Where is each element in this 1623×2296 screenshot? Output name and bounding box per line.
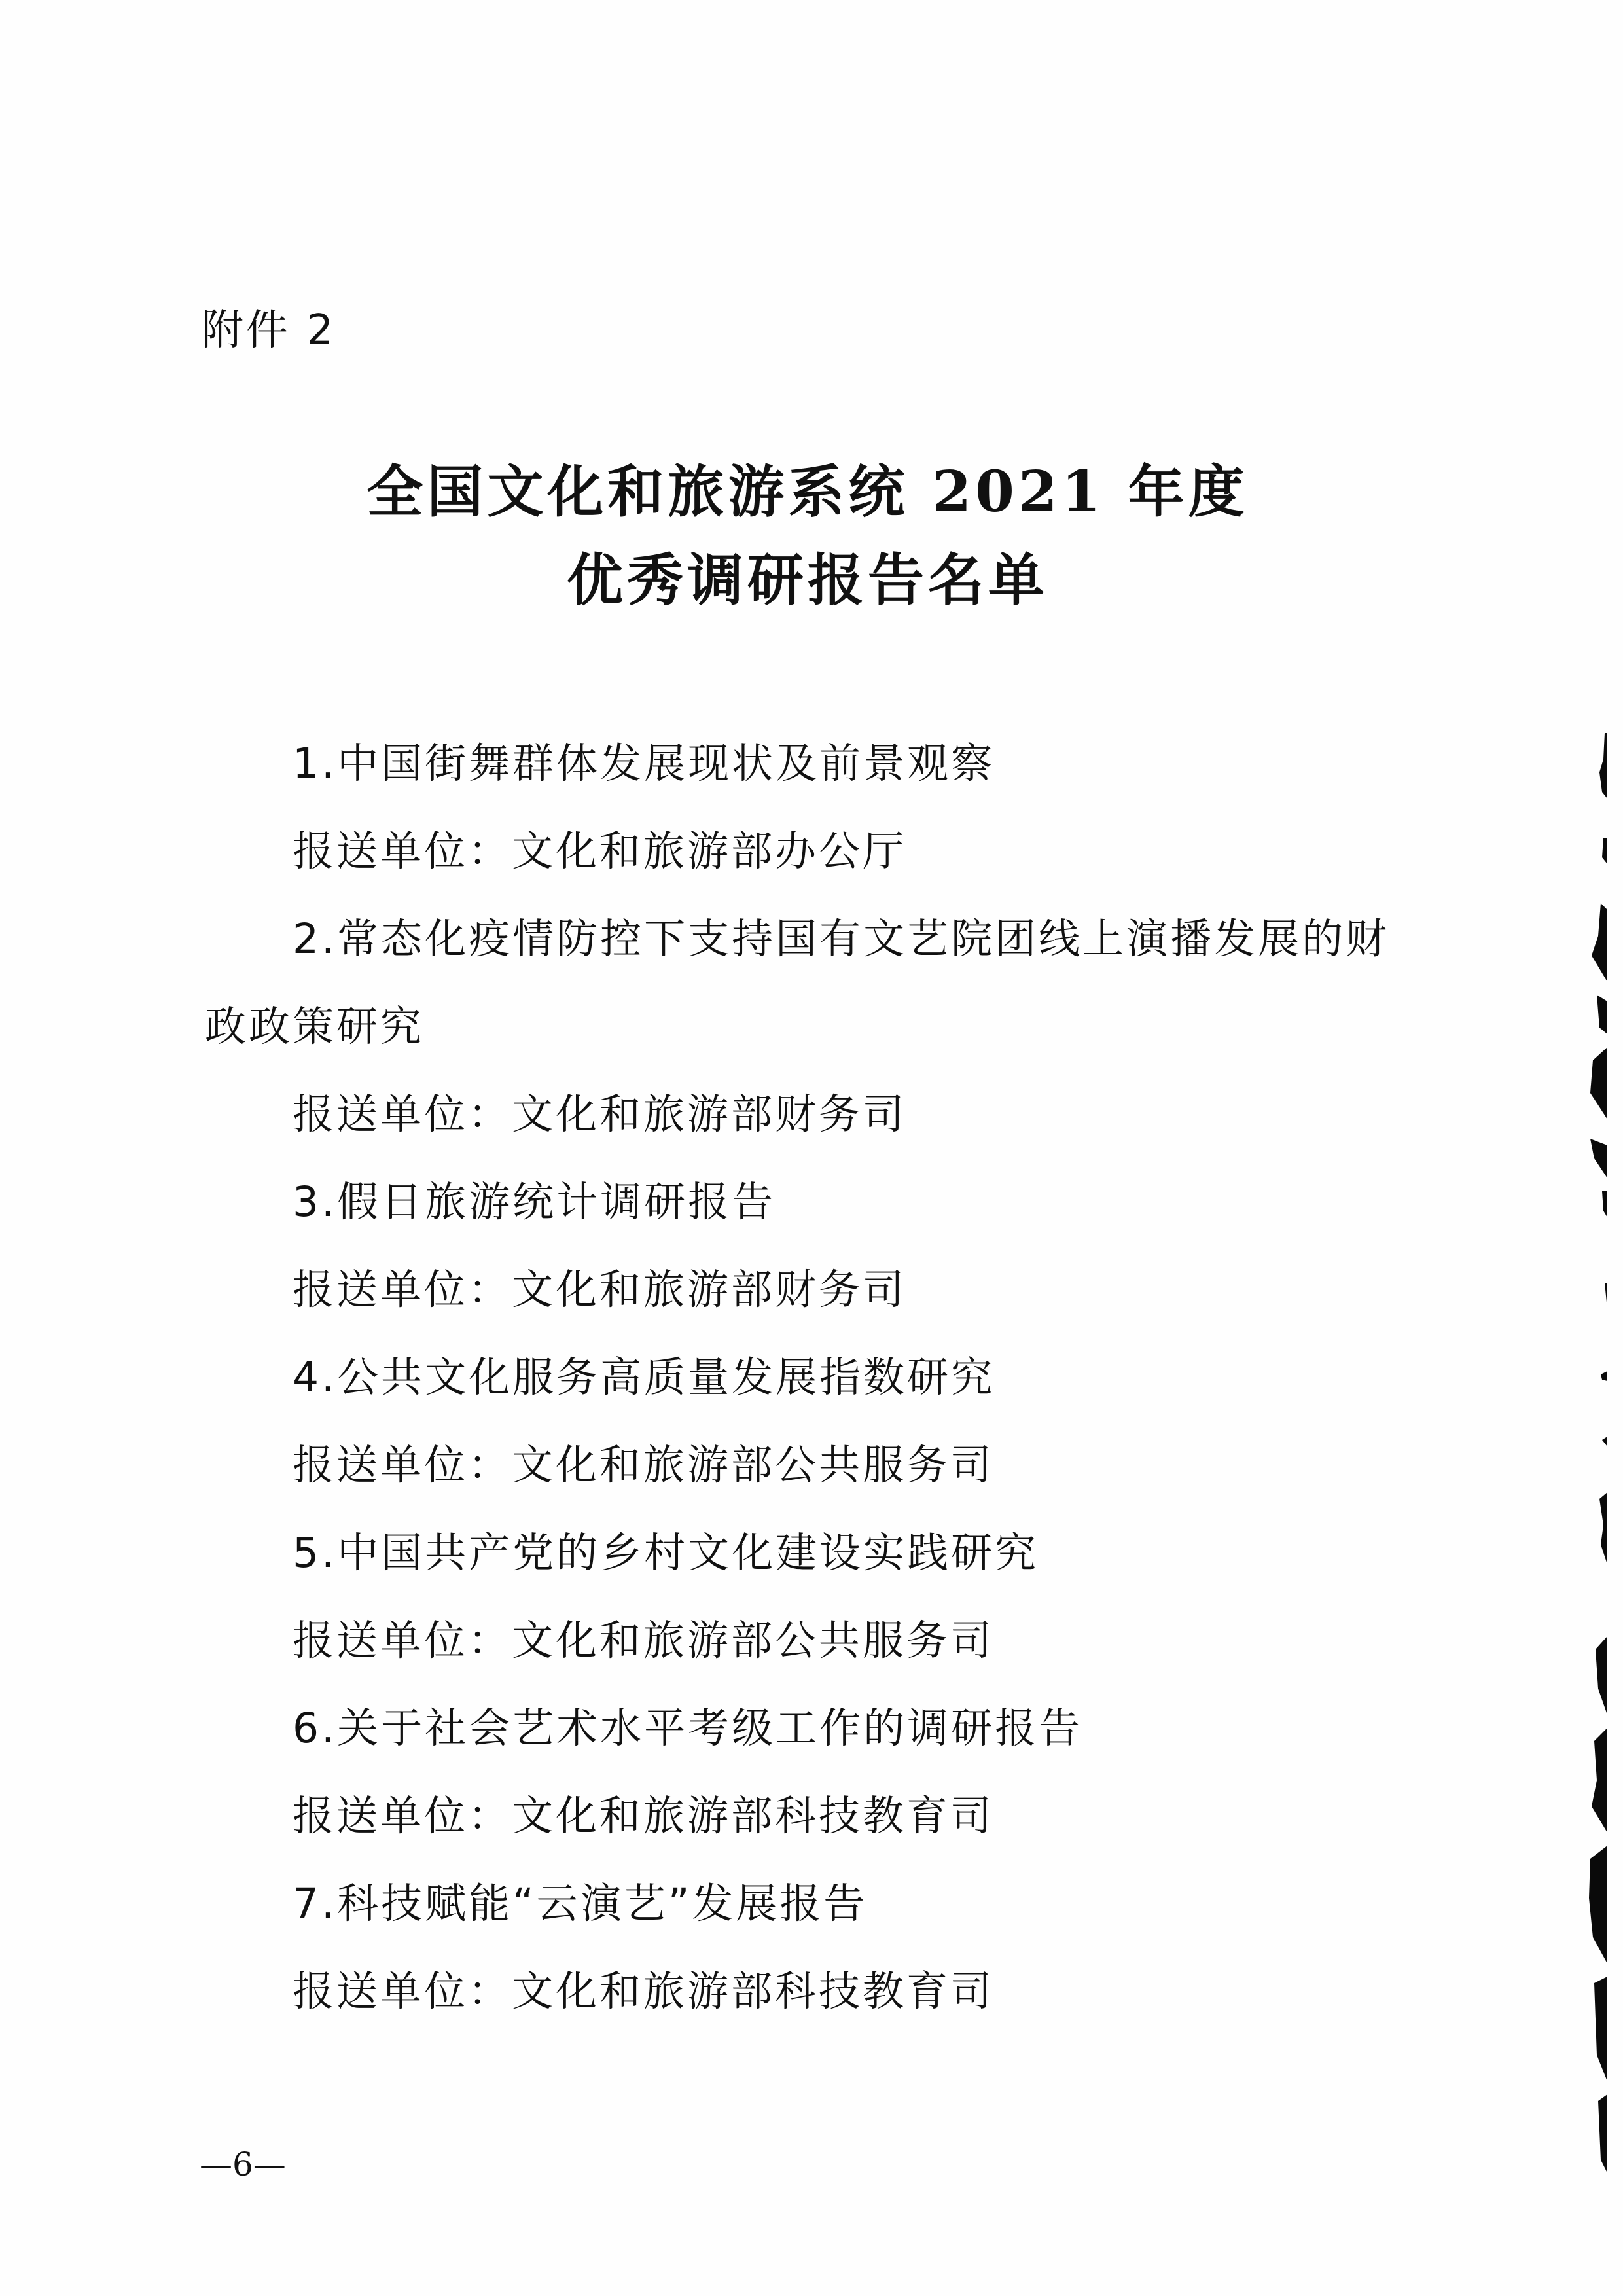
item-title: 公共文化服务高质量发展指数研究 (337, 1354, 995, 1401)
list-item-unit: 报送单位：文化和旅游部科技教育司 (205, 1793, 1409, 1881)
item-title: 常态化疫情防控下支持国有文艺院团线上演播发展的财 (337, 915, 1389, 963)
list-item-unit: 报送单位：文化和旅游部财务司 (205, 1267, 1409, 1355)
item-number: 7. (293, 1880, 337, 1928)
item-number: 6. (293, 1704, 337, 1752)
item-number: 4. (293, 1354, 337, 1401)
unit-label: 报送单位： (293, 1792, 512, 1840)
list-item-unit: 报送单位：文化和旅游部财务司 (205, 1092, 1409, 1179)
item-title: 中国街舞群体发展现状及前景观察 (337, 740, 995, 787)
unit-name: 文化和旅游部财务司 (512, 1266, 906, 1314)
unit-name: 文化和旅游部办公厅 (512, 827, 906, 875)
unit-label: 报送单位： (293, 827, 512, 875)
unit-label: 报送单位： (293, 1617, 512, 1664)
item-title: 科技赋能“云演艺”发展报告 (337, 1880, 867, 1928)
list-item-unit: 报送单位：文化和旅游部公共服务司 (205, 1443, 1409, 1530)
unit-label: 报送单位： (293, 1441, 512, 1489)
list-item-unit: 报送单位：文化和旅游部科技教育司 (205, 1969, 1409, 2056)
unit-name: 文化和旅游部公共服务司 (512, 1617, 994, 1664)
list-item-title: 4.公共文化服务高质量发展指数研究 (205, 1355, 1409, 1443)
list-item-title: 1.中国街舞群体发展现状及前景观察 (205, 741, 1409, 829)
unit-name: 文化和旅游部科技教育司 (512, 1792, 994, 1840)
unit-label: 报送单位： (293, 1967, 512, 2015)
document-page: 附件 2 全国文化和旅游系统 2021 年度 优秀调研报告名单 1.中国街舞群体… (0, 0, 1623, 2296)
item-number: 3. (293, 1178, 337, 1226)
item-title: 中国共产党的乡村文化建设实践研究 (337, 1529, 1039, 1577)
list-item-unit: 报送单位：文化和旅游部办公厅 (205, 829, 1409, 916)
unit-name: 文化和旅游部公共服务司 (512, 1441, 994, 1489)
list-item-title: 5.中国共产党的乡村文化建设实践研究 (205, 1530, 1409, 1618)
page-number: —6— (200, 2148, 286, 2181)
unit-name: 文化和旅游部科技教育司 (512, 1967, 994, 2015)
list-item-title: 2.常态化疫情防控下支持国有文艺院团线上演播发展的财 (205, 916, 1409, 1004)
unit-label: 报送单位： (293, 1266, 512, 1314)
list-item-title: 3.假日旅游统计调研报告 (205, 1179, 1409, 1267)
list-item-unit: 报送单位：文化和旅游部公共服务司 (205, 1618, 1409, 1706)
report-list: 1.中国街舞群体发展现状及前景观察 报送单位：文化和旅游部办公厅 2.常态化疫情… (205, 741, 1409, 2056)
list-item-title-continued: 政政策研究 (205, 1004, 1409, 1092)
item-title: 假日旅游统计调研报告 (337, 1178, 776, 1226)
item-number: 2. (293, 915, 337, 963)
item-number: 1. (293, 740, 337, 787)
attachment-label: 附件 2 (202, 308, 336, 353)
unit-name: 文化和旅游部财务司 (512, 1090, 906, 1138)
scan-binding-marks (1588, 720, 1607, 2173)
unit-label: 报送单位： (293, 1090, 512, 1138)
item-title-wrap: 政政策研究 (205, 1003, 424, 1050)
list-item-title: 6.关于社会艺术水平考级工作的调研报告 (205, 1706, 1409, 1793)
list-item-title: 7.科技赋能“云演艺”发展报告 (205, 1881, 1409, 1969)
item-number: 5. (293, 1529, 337, 1577)
document-title-line-1: 全国文化和旅游系统 2021 年度 (0, 459, 1619, 525)
document-title-line-2: 优秀调研报告名单 (0, 548, 1619, 613)
item-title: 关于社会艺术水平考级工作的调研报告 (337, 1704, 1082, 1752)
